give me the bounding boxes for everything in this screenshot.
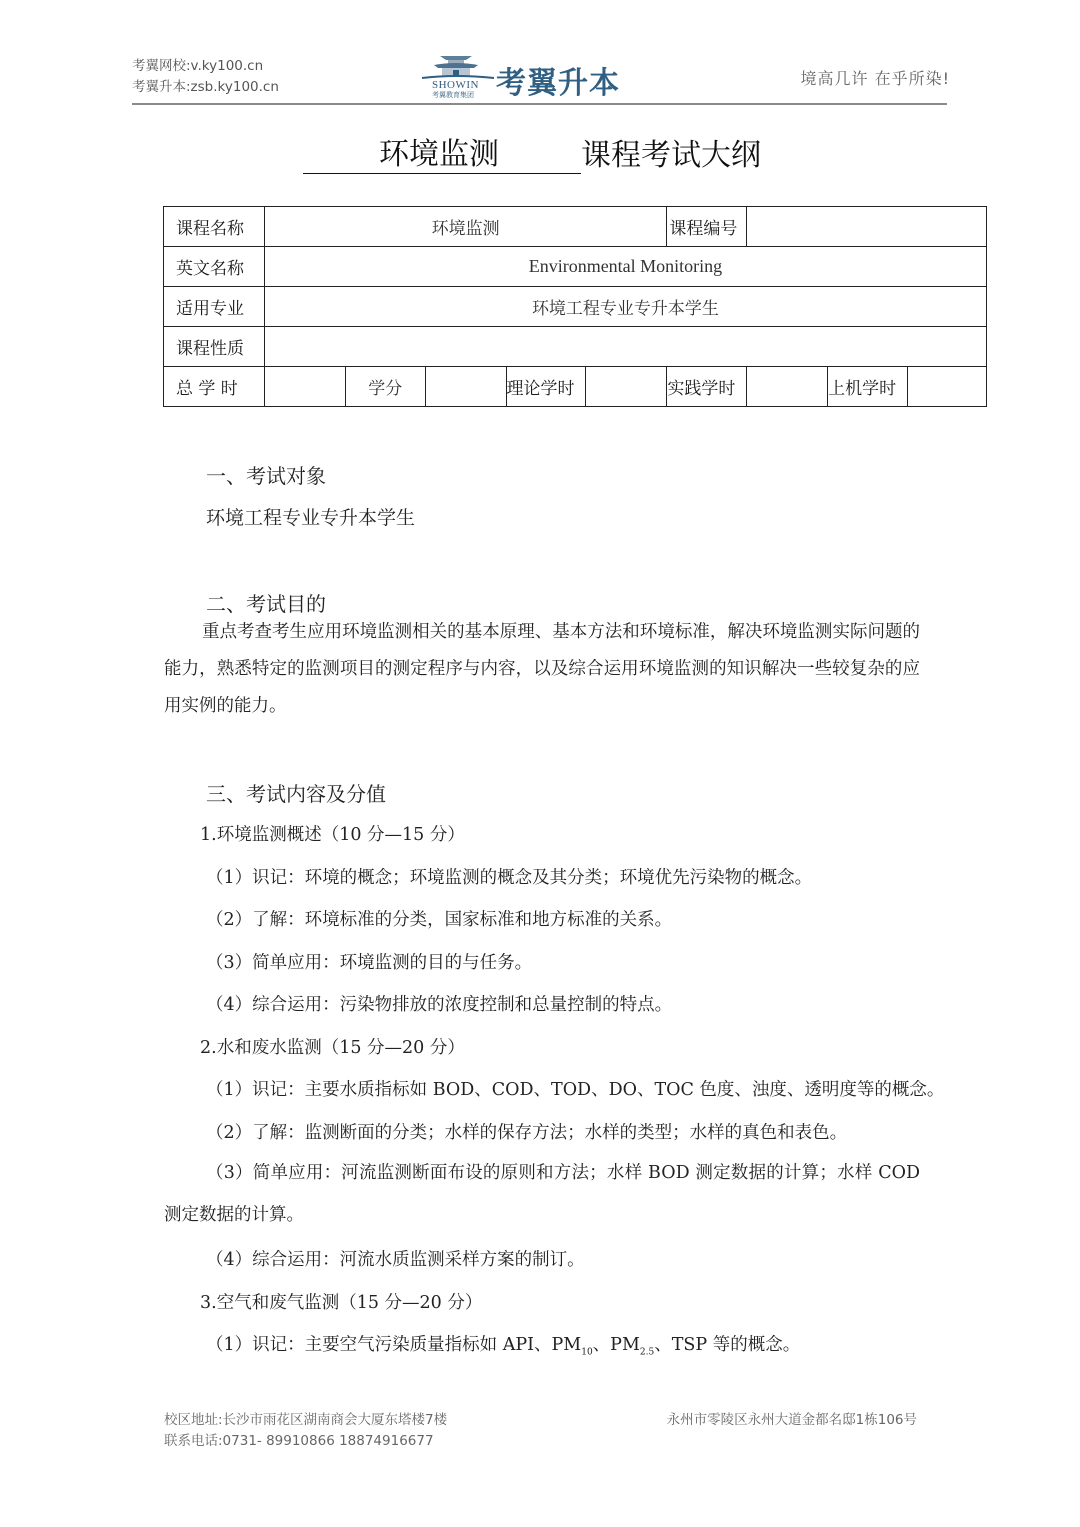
table-row: 英文名称 Environmental Monitoring bbox=[164, 247, 987, 287]
topic-2-item: （2）了解：监测断面的分类；水样的保存方法；水样的类型；水样的真色和表色。 bbox=[206, 1119, 847, 1144]
pm10-subscript: 10 bbox=[581, 1348, 592, 1358]
credits-value bbox=[425, 367, 506, 407]
page-title: 环境监测 课程考试大纲 bbox=[303, 130, 761, 174]
english-name-value: Environmental Monitoring bbox=[264, 247, 986, 287]
course-name-label: 课程名称 bbox=[164, 207, 265, 247]
section-3-heading: 三、考试内容及分值 bbox=[206, 778, 386, 807]
topic-3-title: 3.空气和废气监测（15 分—20 分） bbox=[200, 1289, 482, 1314]
topic-2-item: （3）简单应用：河流监测断面布设的原则和方法；水样 BOD 测定数据的计算；水样… bbox=[164, 1152, 920, 1236]
total-hours-label: 总 学 时 bbox=[164, 367, 265, 407]
computer-hours-label: 上机学时 bbox=[828, 367, 908, 407]
section-1-text: 环境工程专业专升本学生 bbox=[206, 503, 415, 530]
topic-3-item: （1）识记：主要空气污染质量指标如 API、PM10、PM2.5、TSP 等的概… bbox=[206, 1331, 800, 1358]
logo-chinese: 考翼升本 bbox=[496, 58, 620, 102]
topic-1-item: （4）综合运用：污染物排放的浓度控制和总量控制的特点。 bbox=[206, 991, 672, 1016]
header-contact: 考翼网校:v.ky100.cn 考翼升本:zsb.ky100.cn bbox=[132, 56, 279, 98]
english-name-label: 英文名称 bbox=[164, 247, 265, 287]
table-row: 课程性质 bbox=[164, 327, 987, 367]
practice-hours-value bbox=[747, 367, 828, 407]
nature-value bbox=[264, 327, 986, 367]
course-code-label: 课程编号 bbox=[667, 207, 747, 247]
header-site-line-1: 考翼网校:v.ky100.cn bbox=[132, 56, 279, 77]
computer-hours-value bbox=[908, 367, 987, 407]
section-1-heading: 一、考试对象 bbox=[206, 460, 326, 489]
header-slogan: 境高几许 在乎所染! bbox=[800, 66, 950, 89]
table-row: 适用专业 环境工程专业专升本学生 bbox=[164, 287, 987, 327]
logo-subtitle: 考翼教育集团 bbox=[432, 90, 474, 100]
total-hours-value bbox=[264, 367, 345, 407]
footer-contact: 校区地址:长沙市雨花区湖南商会大厦东塔楼7楼 联系电话:0731- 899108… bbox=[164, 1410, 447, 1452]
course-code-value bbox=[747, 207, 987, 247]
section-2-text: 重点考查考生应用环境监测相关的基本原理、基本方法和环境标准，解决环境监测实际问题… bbox=[164, 614, 920, 725]
footer-address-2: 永州市零陵区永州大道金都名邸1栋106号 bbox=[667, 1410, 917, 1431]
topic-1-item: （1）识记：环境的概念；环境监测的概念及其分类；环境优先污染物的概念。 bbox=[206, 864, 812, 889]
topic-2-item: （1）识记：主要水质指标如 BOD、COD、TOD、DO、TOC 色度、浊度、透… bbox=[206, 1076, 944, 1101]
topic-2-item: （4）综合运用：河流水质监测采样方案的制订。 bbox=[206, 1246, 585, 1271]
topic-1-item: （2）了解：环境标准的分类，国家标准和地方标准的关系。 bbox=[206, 906, 672, 931]
major-label: 适用专业 bbox=[164, 287, 265, 327]
credits-label: 学分 bbox=[345, 367, 425, 407]
footer-phone: 联系电话:0731- 89910866 18874916677 bbox=[164, 1431, 447, 1452]
header-divider bbox=[132, 103, 947, 105]
topic-3-item-mid: 、PM bbox=[593, 1335, 640, 1355]
topic-3-item-prefix: （1）识记：主要空气污染质量指标如 API、PM bbox=[206, 1335, 581, 1355]
brand-logo: SHOWIN 考翼教育集团 考翼升本 bbox=[420, 52, 630, 102]
nature-label: 课程性质 bbox=[164, 327, 265, 367]
header-site-line-2: 考翼升本:zsb.ky100.cn bbox=[132, 77, 279, 98]
theory-hours-value bbox=[586, 367, 667, 407]
topic-1-title: 1.环境监测概述（10 分—15 分） bbox=[200, 821, 465, 846]
major-value: 环境工程专业专升本学生 bbox=[264, 287, 986, 327]
topic-3-item-suffix: 、TSP 等的概念。 bbox=[654, 1335, 800, 1355]
practice-hours-label: 实践学时 bbox=[667, 367, 747, 407]
table-row: 课程名称 环境监测 课程编号 bbox=[164, 207, 987, 247]
theory-hours-label: 理论学时 bbox=[506, 367, 586, 407]
table-row: 总 学 时 学分 理论学时 实践学时 上机学时 bbox=[164, 367, 987, 407]
course-info-table: 课程名称 环境监测 课程编号 英文名称 Environmental Monito… bbox=[163, 206, 987, 407]
title-course-name: 环境监测 bbox=[379, 137, 499, 172]
section-2-heading: 二、考试目的 bbox=[206, 588, 326, 617]
title-course-blank: 环境监测 bbox=[303, 129, 581, 174]
footer-address: 校区地址:长沙市雨花区湖南商会大厦东塔楼7楼 bbox=[164, 1410, 447, 1431]
topic-1-item: （3）简单应用：环境监测的目的与任务。 bbox=[206, 949, 532, 974]
course-name-value: 环境监测 bbox=[264, 207, 666, 247]
title-suffix: 课程考试大纲 bbox=[581, 130, 761, 174]
topic-2-title: 2.水和废水监测（15 分—20 分） bbox=[200, 1034, 465, 1059]
pm25-subscript: 2.5 bbox=[640, 1348, 654, 1358]
